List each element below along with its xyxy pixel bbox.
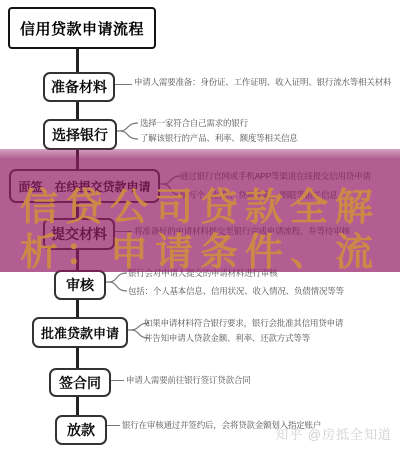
promo-overlay-title: 信贷公司贷款全解 析：申请条件、流: [0, 186, 400, 276]
step-note: 选择一家符合自己需求的银行: [140, 118, 248, 129]
promo-overlay-banner: 信贷公司贷款全解 析：申请条件、流: [0, 149, 400, 272]
step-box-approve-loan: 批准贷款申请: [32, 317, 128, 348]
flowchart: 信用贷款申请流程 准备材料 申请人需要准备：身份证、工作证明、收入证明、银行流水…: [0, 0, 400, 449]
step-box-prepare-materials: 准备材料: [43, 72, 115, 102]
promo-overlay-title-line1: 信贷公司贷款全解: [0, 186, 400, 231]
promo-overlay-title-line2: 析：申请条件、流: [0, 231, 400, 276]
watermark: 知乎 @房抵全知道: [275, 424, 392, 443]
flow-title: 信用贷款申请流程: [20, 18, 144, 39]
step-note: 如果申请材料符合银行要求，银行会批准其信用贷申请: [144, 318, 343, 329]
step-label: 批准贷款申请: [41, 323, 119, 342]
brace-connector: [115, 116, 139, 146]
step-label: 放款: [67, 420, 95, 440]
step-box-sign-contract: 签合同: [49, 368, 111, 397]
step-note: 申请人需要准备：身份证、工作证明、收入证明、银行流水等相关材料: [134, 77, 391, 88]
step-connector: [112, 84, 132, 85]
step-note: 并告知申请人贷款金额、利率、还款方式等等: [144, 333, 310, 344]
flow-title-box: 信用贷款申请流程: [8, 7, 156, 49]
step-box-choose-bank: 选择银行: [43, 119, 117, 150]
step-label: 签合同: [59, 373, 101, 393]
step-note: 申请人需要前往银行签订贷款合同: [126, 375, 251, 386]
step-note: 了解该银行的产品、利率、额度等相关信息: [140, 133, 298, 144]
step-label: 准备材料: [51, 77, 107, 97]
step-box-disburse: 放款: [55, 415, 107, 445]
step-label: 审核: [66, 275, 94, 295]
step-note: 包括：个人基本信息、信用状况、收入情况、负债情况等等: [128, 286, 344, 297]
step-label: 选择银行: [52, 125, 108, 145]
